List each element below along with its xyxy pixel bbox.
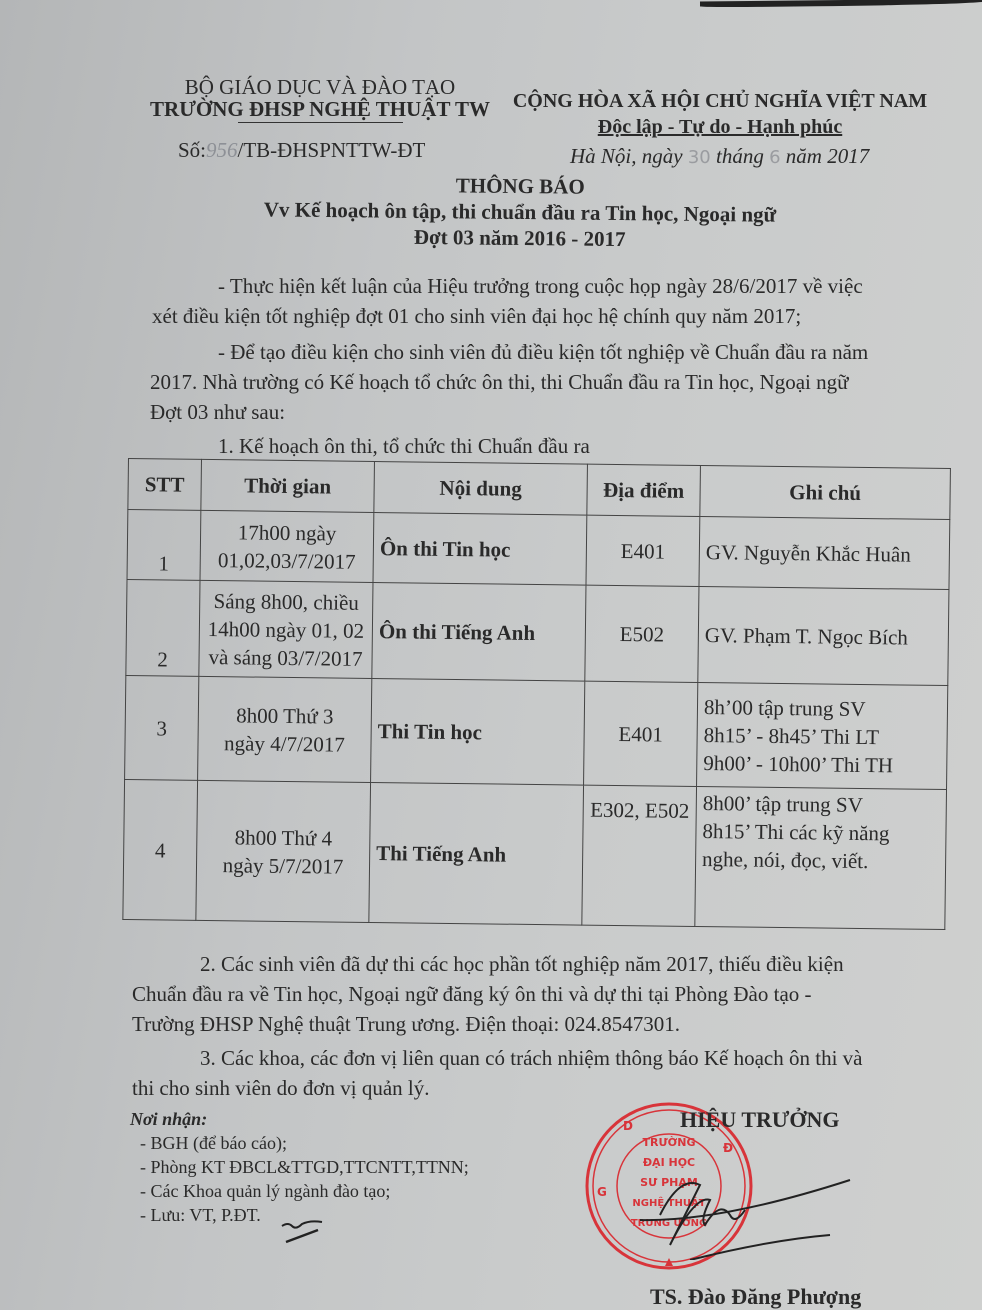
section-2-line2: Chuẩn đầu ra về Tin học, Ngoại ngữ đăng … bbox=[132, 980, 812, 1009]
cell-content: Ôn thi Tiếng Anh bbox=[372, 583, 586, 682]
recipients-title: Nơi nhận: bbox=[130, 1107, 469, 1131]
cell-stt: 2 bbox=[126, 579, 200, 676]
intro-p2-line3: Đợt 03 như sau: bbox=[150, 398, 285, 427]
country-name: CỘNG HÒA XÃ HỘI CHỦ NGHĨA VIỆT NAM bbox=[505, 88, 935, 114]
section-1-heading: 1. Kế hoạch ôn thi, tổ chức thi Chuẩn đầ… bbox=[218, 432, 590, 461]
list-item: - BGH (để báo cáo); bbox=[130, 1131, 469, 1155]
intro-p1-line1: - Thực hiện kết luận của Hiệu trưởng tro… bbox=[218, 272, 863, 301]
handwritten-number: 956 bbox=[206, 138, 238, 162]
svg-text:D: D bbox=[623, 1119, 633, 1133]
cell-place: E401 bbox=[584, 681, 698, 786]
section-2-line3: Trường ĐHSP Nghệ thuật Trung ương. Điện … bbox=[132, 1010, 680, 1039]
cell-note: 8h00’ tập trung SV 8h15’ Thi các kỹ năng… bbox=[695, 786, 947, 929]
table-row: 1 17h00 ngày 01,02,03/7/2017 Ôn thi Tin … bbox=[127, 510, 950, 590]
header-content: Nội dung bbox=[374, 462, 588, 516]
table-row: 4 8h00 Thứ 4 ngày 5/7/2017 Thi Tiếng Anh… bbox=[123, 779, 947, 929]
list-item: - Phòng KT ĐBCL&TTGD,TTCNTT,TTNN; bbox=[130, 1155, 469, 1179]
table-row: 2 Sáng 8h00, chiều 14h00 ngày 01, 02 và … bbox=[126, 579, 949, 685]
cell-note: 8h’00 tập trung SV 8h15’ - 8h45’ Thi LT … bbox=[697, 682, 948, 789]
cell-stt: 3 bbox=[125, 675, 199, 780]
intro-p2-line1: - Để tạo điều kiện cho sinh viên đủ điều… bbox=[218, 338, 868, 367]
signer-name: TS. Đào Đăng Phượng bbox=[650, 1284, 861, 1310]
cell-content: Thi Tiếng Anh bbox=[369, 782, 584, 925]
national-motto: Độc lập - Tự do - Hạnh phúc bbox=[505, 114, 935, 140]
schedule-table: STT Thời gian Nội dung Địa điểm Ghi chú … bbox=[122, 458, 951, 930]
cell-place: E302, E502 bbox=[582, 785, 697, 926]
handwritten-month: 6 bbox=[769, 147, 780, 168]
school-name: TRƯỜNG ĐHSP NGHỆ THUẬT TW bbox=[145, 98, 495, 120]
header-underline bbox=[238, 122, 403, 123]
section-3-line1: 3. Các khoa, các đơn vị liên quan có trá… bbox=[200, 1044, 862, 1073]
ministry-name: BỘ GIÁO DỤC VÀ ĐÀO TẠO bbox=[145, 76, 495, 98]
cell-content: Thi Tin học bbox=[371, 678, 585, 785]
recipients-list: Nơi nhận: - BGH (để báo cáo); - Phòng KT… bbox=[130, 1107, 469, 1227]
cell-content: Ôn thi Tin học bbox=[373, 513, 587, 586]
signature-icon bbox=[630, 1150, 890, 1260]
cell-time: 8h00 Thứ 4 ngày 5/7/2017 bbox=[196, 780, 371, 922]
initial-mark-icon bbox=[278, 1218, 328, 1248]
handwritten-day: 30 bbox=[688, 147, 711, 168]
photo-edge-shadow bbox=[700, 0, 982, 8]
cell-note: GV. Phạm T. Ngọc Bích bbox=[698, 586, 949, 685]
table-row: 3 8h00 Thứ 3 ngày 4/7/2017 Thi Tin học E… bbox=[125, 675, 948, 789]
header-stt: STT bbox=[128, 459, 202, 511]
header-note: Ghi chú bbox=[700, 465, 951, 519]
cell-stt: 4 bbox=[123, 779, 198, 920]
svg-text:TRƯỜNG: TRƯỜNG bbox=[642, 1136, 695, 1149]
intro-p2-line2: 2017. Nhà trường có Kế hoạch tổ chức ôn … bbox=[150, 368, 848, 397]
issuer-header: BỘ GIÁO DỤC VÀ ĐÀO TẠO TRƯỜNG ĐHSP NGHỆ … bbox=[145, 76, 495, 123]
intro-p1-line2: xét điều kiện tốt nghiệp đợt 01 cho sinh… bbox=[152, 302, 801, 331]
document-title: THÔNG BÁO Vv Kế hoạch ôn tập, thi chuẩn … bbox=[230, 170, 811, 254]
svg-text:G: G bbox=[597, 1185, 607, 1199]
section-3-line2: thi cho sinh viên do đơn vị quản lý. bbox=[132, 1074, 430, 1103]
cell-place: E502 bbox=[585, 585, 699, 682]
cell-time: Sáng 8h00, chiều 14h00 ngày 01, 02 và sá… bbox=[199, 580, 373, 678]
cell-note: GV. Nguyễn Khắc Huân bbox=[699, 516, 950, 589]
signer-position: HIỆU TRƯỞNG bbox=[680, 1107, 840, 1133]
cell-place: E401 bbox=[586, 515, 700, 586]
header-time: Thời gian bbox=[201, 459, 375, 512]
section-2-line1: 2. Các sinh viên đã dự thi các học phần … bbox=[200, 950, 844, 979]
cell-stt: 1 bbox=[127, 510, 201, 581]
header-place: Địa điểm bbox=[587, 464, 701, 516]
document-number: Số:956/TB-ĐHSPNTTW-ĐT bbox=[178, 138, 425, 163]
list-item: - Các Khoa quản lý ngành đào tạo; bbox=[130, 1179, 469, 1203]
document-date: Hà Nội, ngày 30 tháng 6 năm 2017 bbox=[570, 144, 869, 169]
cell-time: 8h00 Thứ 3 ngày 4/7/2017 bbox=[198, 676, 372, 782]
cell-time: 17h00 ngày 01,02,03/7/2017 bbox=[200, 510, 374, 582]
national-header: CỘNG HÒA XÃ HỘI CHỦ NGHĨA VIỆT NAM Độc l… bbox=[505, 88, 935, 140]
